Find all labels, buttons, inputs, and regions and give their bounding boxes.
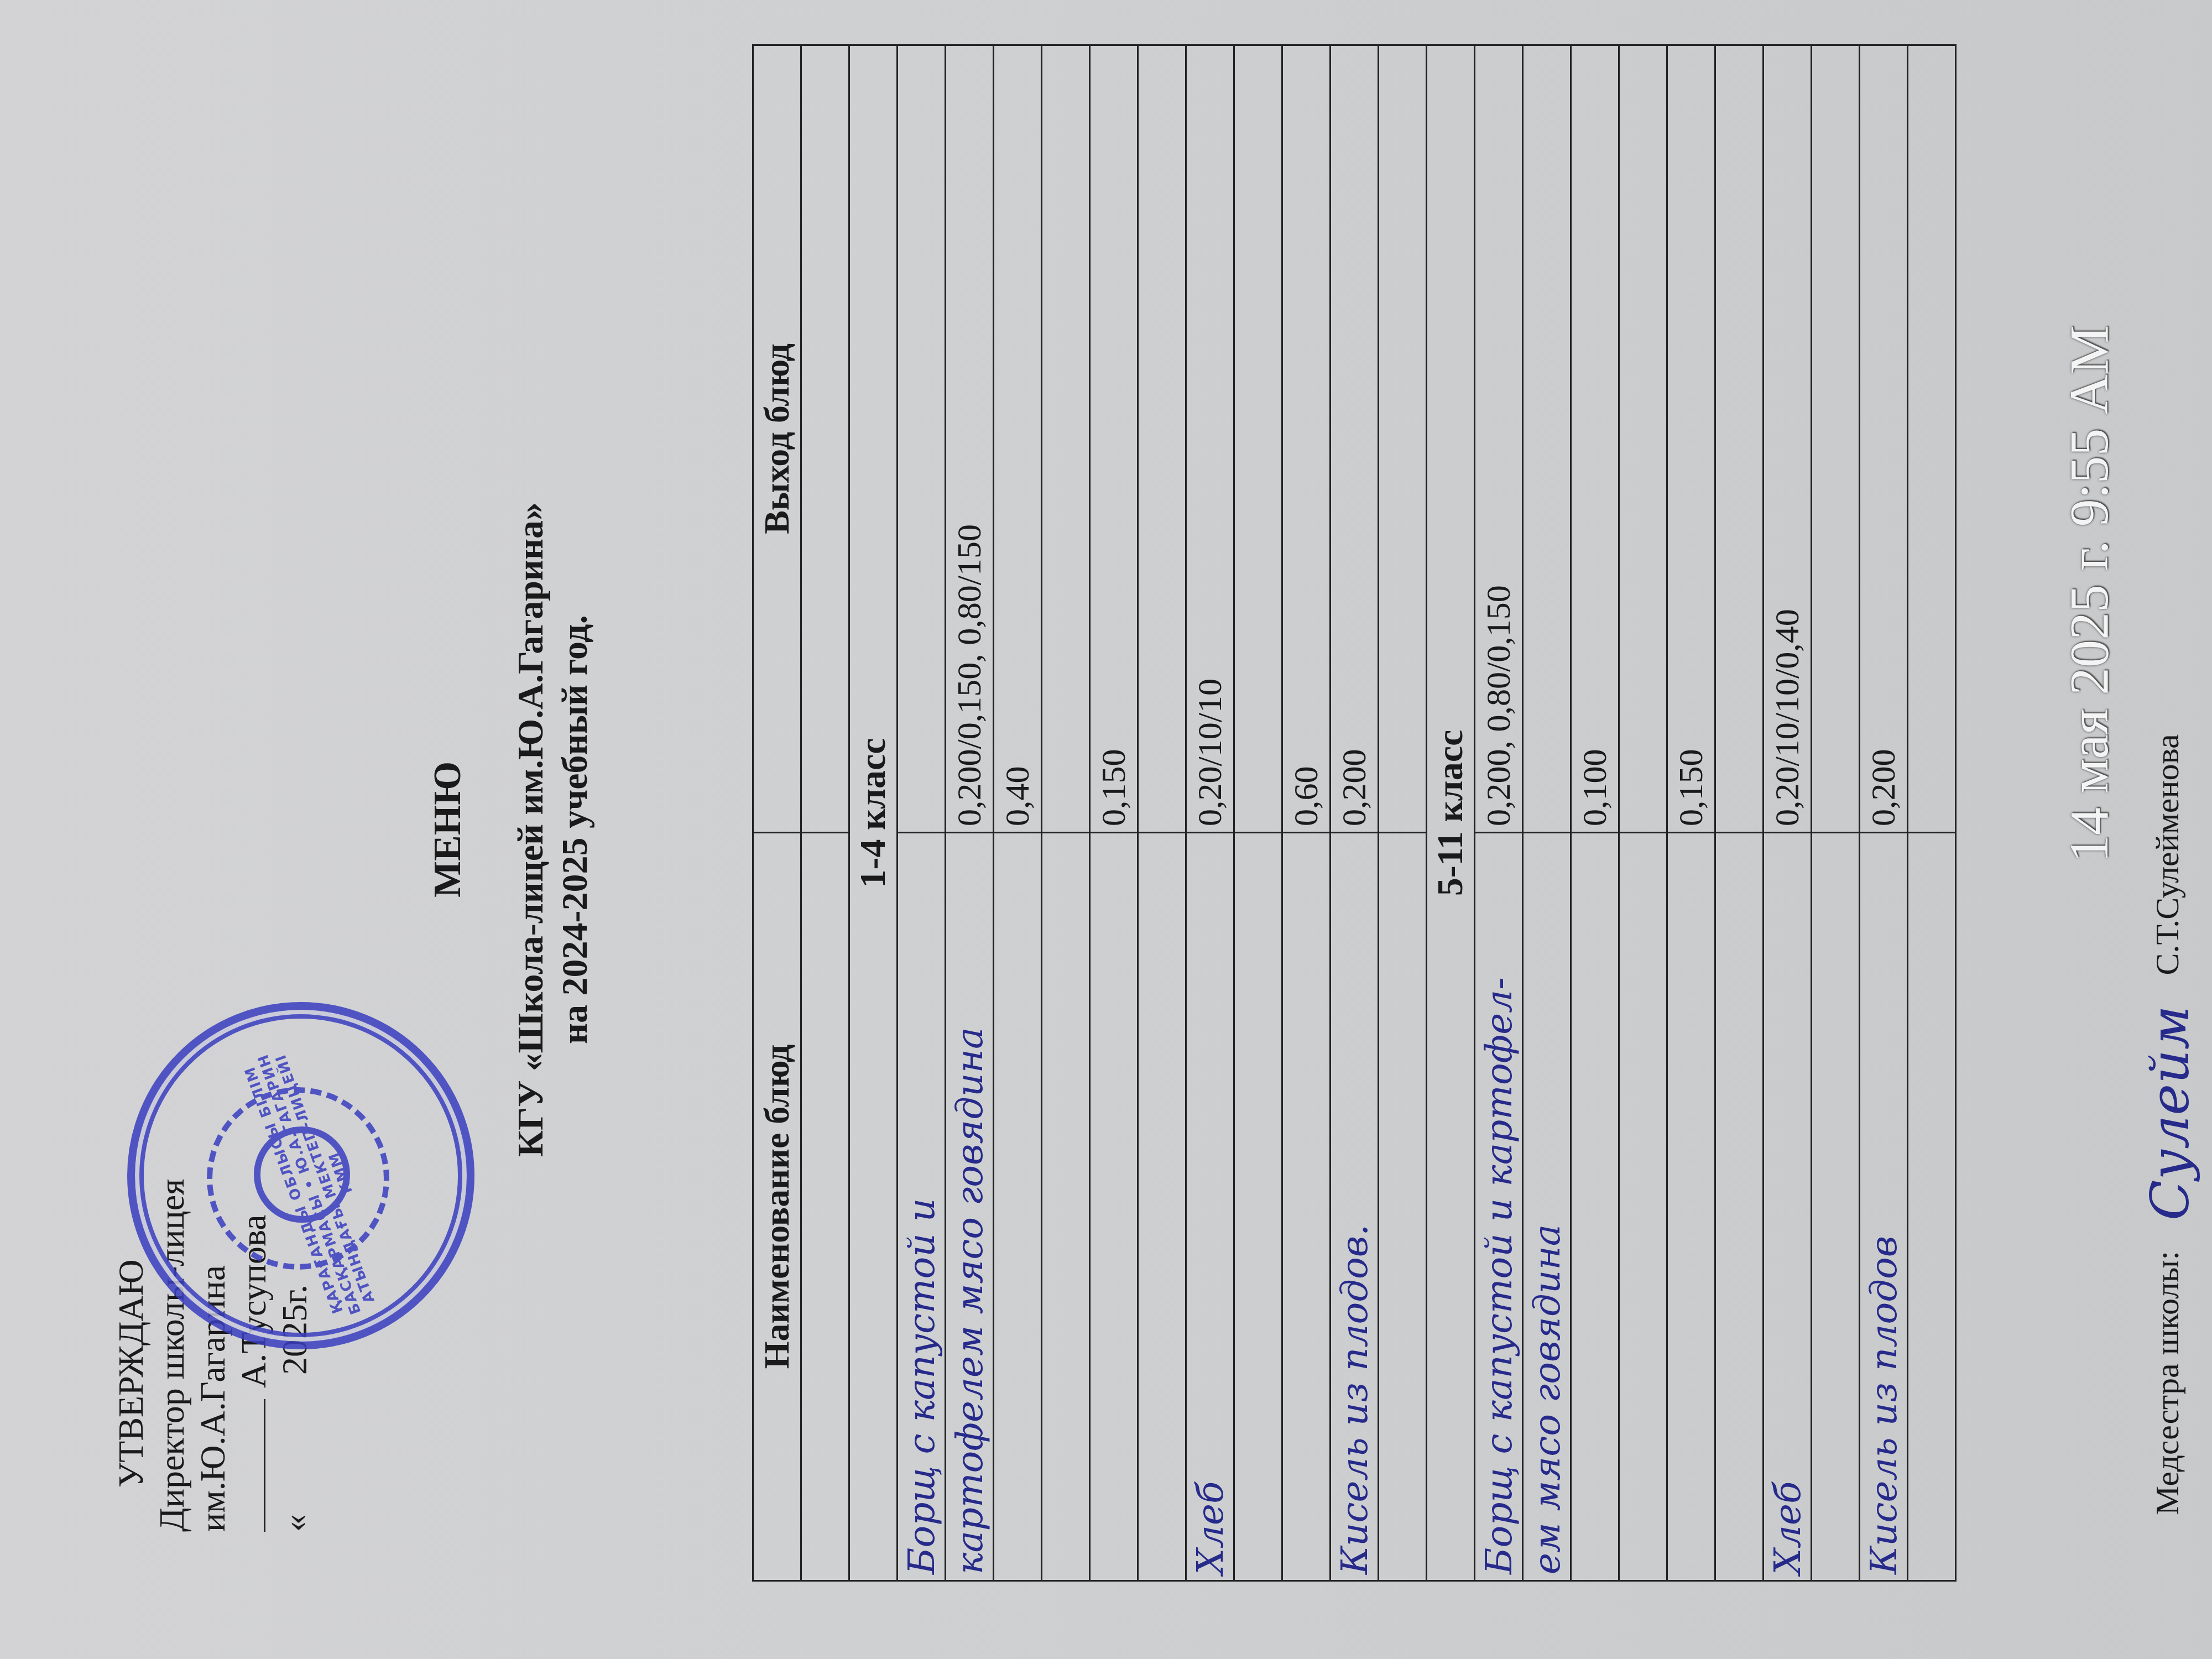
nurse-signature-block: Медсестра школы: Сулейм С.Т.Сулейменова — [2129, 734, 2191, 1515]
dish-name-cell — [1282, 833, 1331, 1581]
nurse-name: С.Т.Сулейменова — [2149, 734, 2185, 975]
portion-yield-cell — [1619, 45, 1667, 833]
document-page: УТВЕРЖДАЮ Директор школы-лицея им.Ю.А.Га… — [0, 0, 2212, 1659]
date-open-quote: « — [275, 1514, 314, 1532]
table-row: 0,60 — [1282, 45, 1331, 1581]
table-row: 0,150 — [1667, 45, 1715, 1581]
table-row: 0,40 — [994, 45, 1042, 1581]
table-row: Борщ с капустой и — [898, 45, 946, 1581]
dish-name-cell: Кисель из плодов. — [1331, 833, 1379, 1581]
dish-name-cell — [1138, 833, 1186, 1581]
portion-yield-cell — [1379, 45, 1427, 833]
nurse-label: Медсестра школы: — [2149, 1251, 2185, 1515]
organization-name: КГУ «Школа-лицей им.Ю.А.Гагарина» — [509, 0, 553, 1659]
portion-yield-cell: 0,60 — [1282, 45, 1331, 833]
portion-yield-cell: 0,150 — [1090, 45, 1138, 833]
column-header-portion: Выход блюд — [753, 45, 801, 833]
dish-name-cell: Хлеб — [1764, 833, 1812, 1581]
table-row: 0,100 — [1571, 45, 1619, 1581]
table-header-row: Наименование блюд Выход блюд — [753, 45, 801, 1581]
dish-name-cell — [1042, 833, 1090, 1581]
portion-yield-cell: 0,100 — [1571, 45, 1619, 833]
official-stamp: ҚАРАҒАНДЫ ОБЛЫСЫ БІЛІМ БАСҚАРМАСЫ • Ю.А.… — [127, 1002, 474, 1349]
class-group-label: 1-4 класс — [849, 45, 898, 1581]
dish-name-cell — [1571, 833, 1619, 1581]
table-row: Хлеб0,20/10/10 — [1186, 45, 1234, 1581]
table-row — [1619, 45, 1667, 1581]
portion-yield-cell — [1234, 45, 1282, 833]
table-row: Кисель из плодов0,200 — [1860, 45, 1908, 1581]
portion-yield-cell — [1812, 45, 1860, 833]
table-row — [1379, 45, 1427, 1581]
table-row — [801, 45, 849, 1581]
table-row: 0,150 — [1090, 45, 1138, 1581]
menu-table: Наименование блюд Выход блюд 1-4 классБо… — [752, 44, 1957, 1582]
academic-year: на 2024-2025 учебный год. — [553, 0, 597, 1659]
portion-yield-cell: 0,200 — [1331, 45, 1379, 833]
dish-name-cell: Хлеб — [1186, 833, 1234, 1581]
table-row: Хлеб0,20/10/10/0,40 — [1764, 45, 1812, 1581]
class-group-label: 5-11 класс — [1427, 45, 1475, 1581]
dish-name-cell — [994, 833, 1042, 1581]
portion-yield-cell: 0,150 — [1667, 45, 1715, 833]
dish-name-cell — [1812, 833, 1860, 1581]
dish-name-cell: Кисель из плодов — [1860, 833, 1908, 1581]
portion-yield-cell — [1523, 45, 1571, 833]
director-signature-line — [236, 1399, 265, 1532]
dish-name-cell — [1908, 833, 1956, 1581]
table-row — [1812, 45, 1860, 1581]
table-row — [1138, 45, 1186, 1581]
table-row: Борщ с капустой и картофел-0,200, 0,80/0… — [1475, 45, 1523, 1581]
table-section-row: 1-4 класс — [849, 45, 898, 1581]
table-section-row: 5-11 класс — [1427, 45, 1475, 1581]
dish-name-cell — [1090, 833, 1138, 1581]
portion-yield-cell — [801, 45, 849, 833]
portion-yield-cell: 0,200/0,150, 0,80/150 — [946, 45, 994, 833]
dish-name-cell: картофелем мясо говядина — [946, 833, 994, 1581]
table-row: картофелем мясо говядина0,200/0,150, 0,8… — [946, 45, 994, 1581]
nurse-handwritten-signature: Сулейм — [2139, 1005, 2201, 1220]
portion-yield-cell — [1908, 45, 1956, 833]
portion-yield-cell — [1138, 45, 1186, 833]
table-row: Кисель из плодов.0,200 — [1331, 45, 1379, 1581]
table-row — [1715, 45, 1764, 1581]
dish-name-cell — [1667, 833, 1715, 1581]
table-row — [1042, 45, 1090, 1581]
dish-name-cell — [1715, 833, 1764, 1581]
portion-yield-cell — [1042, 45, 1090, 833]
organization-heading: КГУ «Школа-лицей им.Ю.А.Гагарина» на 202… — [509, 0, 597, 1659]
dish-name-cell: Борщ с капустой и — [898, 833, 946, 1581]
menu-title: МЕНЮ — [426, 0, 470, 1659]
portion-yield-cell: 0,200, 0,80/0,150 — [1475, 45, 1523, 833]
table-row — [1908, 45, 1956, 1581]
dish-name-cell: ем мясо говядина — [1523, 833, 1571, 1581]
dish-name-cell — [1234, 833, 1282, 1581]
portion-yield-cell: 0,20/10/10/0,40 — [1764, 45, 1812, 833]
portion-yield-cell: 0,20/10/10 — [1186, 45, 1234, 833]
table-row — [1234, 45, 1282, 1581]
dish-name-cell — [801, 833, 849, 1581]
portion-yield-cell — [1715, 45, 1764, 833]
portion-yield-cell: 0,40 — [994, 45, 1042, 833]
dish-name-cell — [1619, 833, 1667, 1581]
photo-timestamp: 14 мая 2025 г. 9:55 AM — [2057, 325, 2121, 863]
dish-name-cell: Борщ с капустой и картофел- — [1475, 833, 1523, 1581]
table-row: ем мясо говядина — [1523, 45, 1571, 1581]
portion-yield-cell: 0,200 — [1860, 45, 1908, 833]
column-header-dish-name: Наименование блюд — [753, 833, 801, 1581]
portion-yield-cell — [898, 45, 946, 833]
dish-name-cell — [1379, 833, 1427, 1581]
